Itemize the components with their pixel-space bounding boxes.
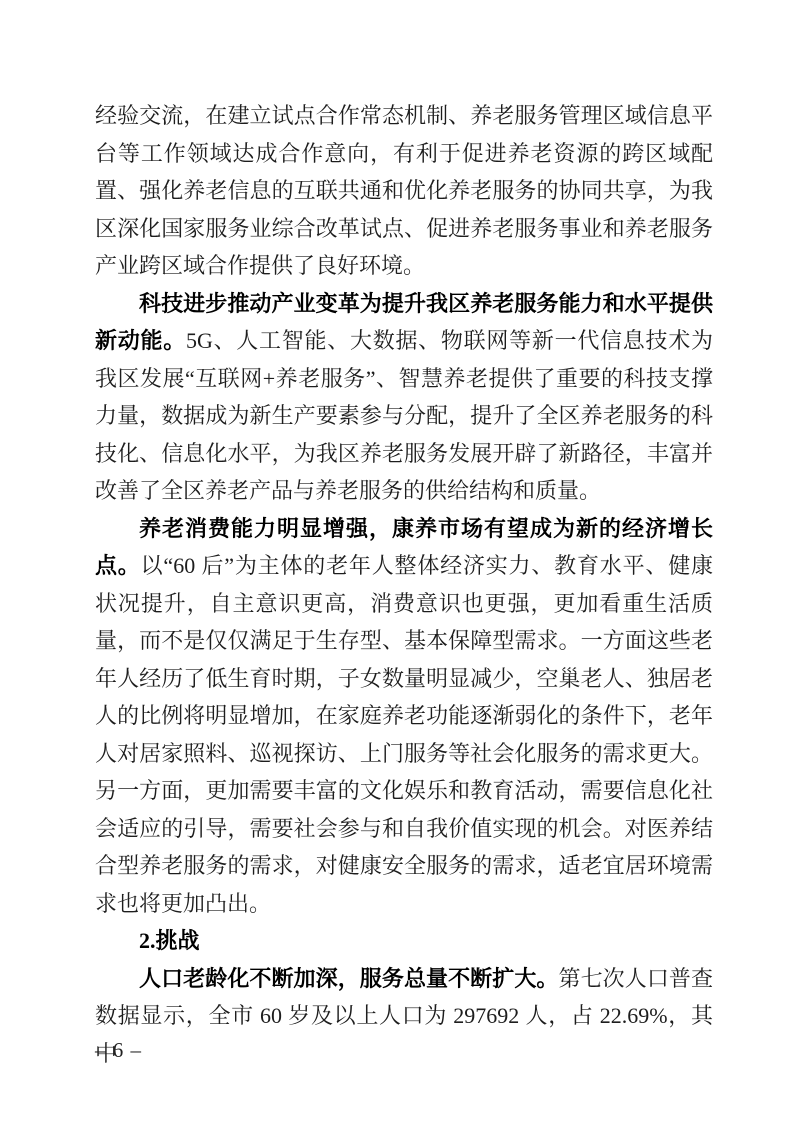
page-number: – 6 – bbox=[95, 1038, 142, 1062]
document-page: 经验交流，在建立试点合作常态机制、养老服务管理区域信息平台等工作领域达成合作意向… bbox=[0, 0, 793, 1122]
paragraph-aging-population: 人口老龄化不断加深，服务总量不断扩大。第七次人口普查数据显示，全市 60 岁及以… bbox=[95, 960, 713, 1073]
section-heading-text: 2.挑战 bbox=[139, 928, 200, 953]
paragraph-region-cooperation: 经验交流，在建立试点合作常态机制、养老服务管理区域信息平台等工作领域达成合作意向… bbox=[95, 97, 713, 285]
paragraph-elderly-consumption: 养老消费能力明显增强，康养市场有望成为新的经济增长点。以“60 后”为主体的老年… bbox=[95, 510, 713, 923]
paragraph-text: 5G、人工智能、大数据、物联网等新一代信息技术为我区发展“互联网+养老服务”、智… bbox=[95, 328, 713, 503]
paragraph-text: 以“60 后”为主体的老年人整体经济实力、教育水平、健康状况提升，自主意识更高，… bbox=[95, 553, 713, 916]
page-text-content: 经验交流，在建立试点合作常态机制、养老服务管理区域信息平台等工作领域达成合作意向… bbox=[95, 97, 713, 1072]
paragraph-text: 经验交流，在建立试点合作常态机制、养老服务管理区域信息平台等工作领域达成合作意向… bbox=[95, 103, 713, 278]
section-heading-challenges: 2.挑战 bbox=[95, 922, 713, 960]
paragraph-lead-bold: 人口老龄化不断加深，服务总量不断扩大。 bbox=[139, 966, 559, 991]
paragraph-technology-new-momentum: 科技进步推动产业变革为提升我区养老服务能力和水平提供新动能。5G、人工智能、大数… bbox=[95, 285, 713, 510]
